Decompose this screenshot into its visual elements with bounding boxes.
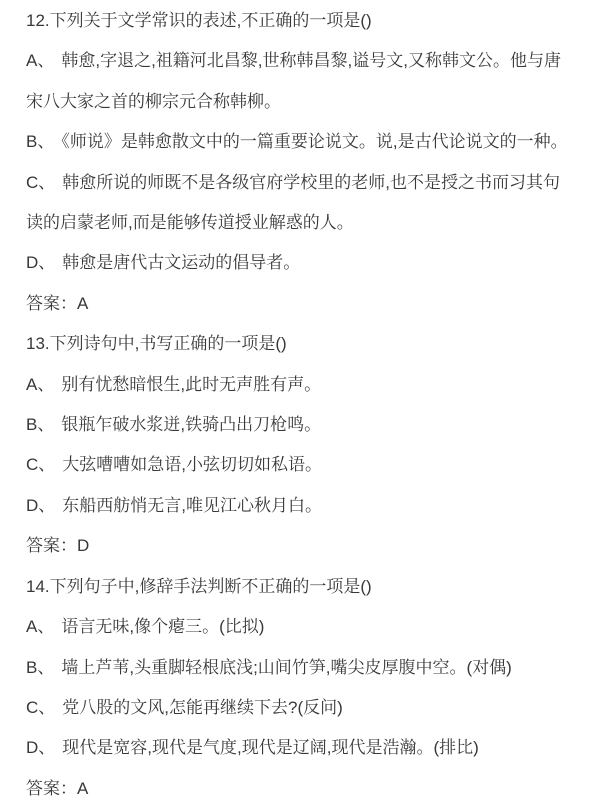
- option-label: D、: [26, 738, 55, 757]
- option-line: B、墙上芦苇,头重脚轻根底浅;山间竹笋,嘴尖皮厚腹中空。(对偶): [26, 648, 569, 688]
- option-line: A、别有忧愁暗恨生,此时无声胜有声。: [26, 365, 569, 405]
- option-label: C、: [26, 173, 55, 192]
- answer-value: A: [77, 779, 88, 798]
- option-label: A、: [26, 51, 54, 70]
- exam-document: 12.下列关于文学常识的表述,不正确的一项是() A、韩愈,字退之,祖籍河北昌黎…: [0, 0, 595, 807]
- question-stem-text: 下列诗句中,书写正确的一项是(): [50, 334, 287, 353]
- question-stem-text: 下列关于文学常识的表述,不正确的一项是(): [50, 11, 372, 30]
- question-stem-line: 12.下列关于文学常识的表述,不正确的一项是(): [26, 1, 569, 41]
- question-stem-line: 14.下列句子中,修辞手法判断不正确的一项是(): [26, 567, 569, 607]
- option-text: 墙上芦苇,头重脚轻根底浅;山间竹笋,嘴尖皮厚腹中空。(对偶): [61, 658, 512, 677]
- option-line: C、大弦嘈嘈如急语,小弦切切如私语。: [26, 445, 569, 485]
- question-number: 13.: [26, 334, 50, 353]
- option-label: B、: [26, 132, 54, 151]
- option-line: A、韩愈,字退之,祖籍河北昌黎,世称韩昌黎,谥号文,又称韩文公。他与唐宋八大家之…: [26, 41, 569, 122]
- option-line: B、银瓶乍破水浆迸,铁骑凸出刀枪鸣。: [26, 405, 569, 445]
- option-text: 大弦嘈嘈如急语,小弦切切如私语。: [62, 455, 322, 474]
- option-label: D、: [26, 496, 55, 515]
- answer-label: 答案：: [26, 779, 77, 798]
- answer-line: 答案：D: [26, 526, 569, 566]
- option-label: C、: [26, 455, 55, 474]
- option-label: A、: [26, 375, 54, 394]
- option-label: B、: [26, 415, 54, 434]
- question-number: 12.: [26, 11, 50, 30]
- question-block-14: 14.下列句子中,修辞手法判断不正确的一项是() A、语言无味,像个瘪三。(比拟…: [26, 567, 569, 807]
- answer-label: 答案：: [26, 536, 77, 555]
- option-text: 现代是宽容,现代是气度,现代是辽阔,现代是浩瀚。(排比): [62, 738, 479, 757]
- option-text: 韩愈是唐代古文运动的倡导者。: [62, 253, 300, 272]
- option-text: 别有忧愁暗恨生,此时无声胜有声。: [61, 375, 321, 394]
- option-label: D、: [26, 253, 55, 272]
- question-block-12: 12.下列关于文学常识的表述,不正确的一项是() A、韩愈,字退之,祖籍河北昌黎…: [26, 1, 569, 324]
- option-text: 东船西舫悄无言,唯见江心秋月白。: [62, 496, 322, 515]
- answer-label: 答案：: [26, 294, 77, 313]
- answer-line: 答案：A: [26, 769, 569, 807]
- option-line: D、韩愈是唐代古文运动的倡导者。: [26, 243, 569, 283]
- answer-line: 答案：A: [26, 284, 569, 324]
- option-line: A、语言无味,像个瘪三。(比拟): [26, 607, 569, 647]
- option-text: 韩愈,字退之,祖籍河北昌黎,世称韩昌黎,谥号文,又称韩文公。他与唐宋八大家之首的…: [26, 51, 561, 110]
- answer-value: D: [77, 536, 89, 555]
- question-block-13: 13.下列诗句中,书写正确的一项是() A、别有忧愁暗恨生,此时无声胜有声。 B…: [26, 324, 569, 566]
- option-line: D、东船西舫悄无言,唯见江心秋月白。: [26, 486, 569, 526]
- option-text: 《师说》是韩愈散文中的一篇重要论说文。说,是古代论说文的一种。: [61, 132, 567, 151]
- option-label: A、: [26, 617, 54, 636]
- option-text: 语言无味,像个瘪三。(比拟): [61, 617, 264, 636]
- option-line: D、现代是宽容,现代是气度,现代是辽阔,现代是浩瀚。(排比): [26, 728, 569, 768]
- option-text: 银瓶乍破水浆迸,铁骑凸出刀枪鸣。: [61, 415, 321, 434]
- option-line: C、党八股的文风,怎能再继续下去?(反问): [26, 688, 569, 728]
- option-text: 韩愈所说的师既不是各级官府学校里的老师,也不是授之书而习其句读的启蒙老师,而是能…: [26, 173, 560, 232]
- answer-value: A: [77, 294, 88, 313]
- option-line: C、韩愈所说的师既不是各级官府学校里的老师,也不是授之书而习其句读的启蒙老师,而…: [26, 163, 569, 244]
- question-number: 14.: [26, 577, 50, 596]
- option-text: 党八股的文风,怎能再继续下去?(反问): [62, 698, 343, 717]
- option-label: C、: [26, 698, 55, 717]
- question-stem-line: 13.下列诗句中,书写正确的一项是(): [26, 324, 569, 364]
- option-line: B、《师说》是韩愈散文中的一篇重要论说文。说,是古代论说文的一种。: [26, 122, 569, 162]
- question-stem-text: 下列句子中,修辞手法判断不正确的一项是(): [50, 577, 372, 596]
- option-label: B、: [26, 658, 54, 677]
